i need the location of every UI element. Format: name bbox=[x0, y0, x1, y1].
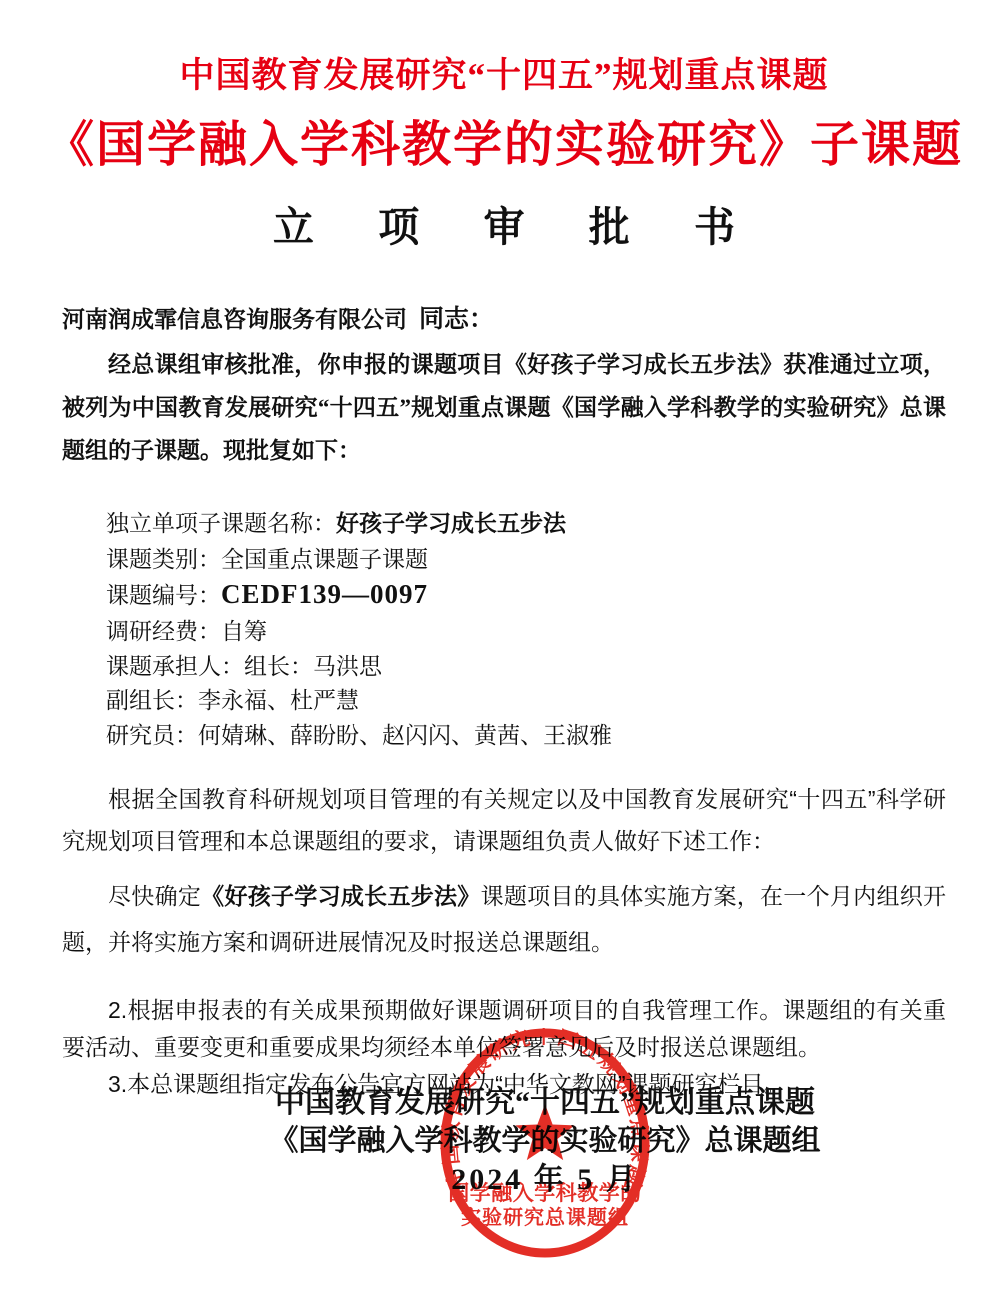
requirement-paragraph: 根据全国教育科研规划项目管理的有关规定以及中国教育发展研究“十四五”科学研究规划… bbox=[62, 778, 946, 862]
detail-value: 组长：马洪思 bbox=[244, 653, 382, 679]
detail-value: 何婧琳、薛盼盼、赵闪闪、黄茜、王淑雅 bbox=[198, 722, 612, 748]
doc-subject-title: 《国学融入学科教学的实验研究》子课题 bbox=[0, 106, 1008, 176]
seal-inner-line2: 实验研究总课题组 bbox=[461, 1205, 629, 1229]
detail-label: 课题承担人： bbox=[106, 653, 244, 679]
detail-label: 课题类别： bbox=[106, 546, 221, 572]
doc-type-title: 立 项 审 批 书 bbox=[0, 194, 1008, 253]
detail-value: 好孩子学习成长五步法 bbox=[336, 511, 566, 536]
detail-label: 研究员： bbox=[106, 722, 198, 748]
detail-row-project-name: 独立单项子课题名称：好孩子学习成长五步法 bbox=[106, 506, 946, 542]
approval-document-page: 中国教育发展研究“十四五”规划重点课题 《国学融入学科教学的实验研究》子课题 立… bbox=[0, 0, 1008, 1293]
project-number: CEDF139—0097 bbox=[221, 579, 428, 609]
seal-inner-line1: 国学融入学科教学的 bbox=[448, 1181, 642, 1205]
detail-row-researchers: 研究员：何婧琳、薛盼盼、赵闪闪、黄茜、王淑雅 bbox=[106, 718, 946, 753]
detail-label: 独立单项子课题名称： bbox=[106, 510, 336, 536]
detail-row-funding: 调研经费：自筹 bbox=[106, 614, 946, 649]
detail-value: 李永福、杜严慧 bbox=[198, 687, 359, 713]
detail-label: 副组长： bbox=[106, 687, 198, 713]
detail-value: 全国重点课题子课题 bbox=[221, 546, 428, 572]
detail-row-category: 课题类别：全国重点课题子课题 bbox=[106, 542, 946, 577]
salutation-line: 河南润成霏信息咨询服务有限公司同志： bbox=[62, 299, 946, 335]
star-icon bbox=[516, 1104, 575, 1160]
recipient-company-name: 河南润成霏信息咨询服务有限公司 bbox=[62, 307, 407, 332]
doc-body: 河南润成霏信息咨询服务有限公司同志： 经总课组审核批准，你申报的课题项目《好孩子… bbox=[62, 299, 946, 1103]
salutation-suffix: 同志： bbox=[419, 306, 494, 333]
detail-label: 课题编号： bbox=[106, 582, 221, 608]
project-details-list: 独立单项子课题名称：好孩子学习成长五步法 课题类别：全国重点课题子课题 课题编号… bbox=[106, 506, 946, 752]
task1-pre: 尽快确定 bbox=[108, 884, 201, 909]
approval-paragraph: 经总课组审核批准，你申报的课题项目《好孩子学习成长五步法》获准通过立项，被列为中… bbox=[62, 343, 946, 472]
detail-row-leader: 课题承担人：组长：马洪思 bbox=[106, 649, 946, 684]
official-seal: 中国教育发展研究十四五规划重点课题 国学融入学科教学的 实验研究总课题组 bbox=[440, 1028, 650, 1258]
detail-value: 自筹 bbox=[221, 618, 267, 644]
task1-paragraph: 尽快确定《好孩子学习成长五步法》课题项目的具体实施方案，在一个月内组织开题，并将… bbox=[62, 874, 946, 966]
detail-label: 调研经费： bbox=[106, 618, 221, 644]
doc-series-title: 中国教育发展研究“十四五”规划重点课题 bbox=[0, 0, 1008, 98]
detail-row-deputy-leaders: 副组长：李永福、杜严慧 bbox=[106, 683, 946, 718]
detail-row-project-number: 课题编号：CEDF139—0097 bbox=[106, 576, 946, 614]
task1-book-title: 《好孩子学习成长五步法》 bbox=[201, 884, 480, 909]
